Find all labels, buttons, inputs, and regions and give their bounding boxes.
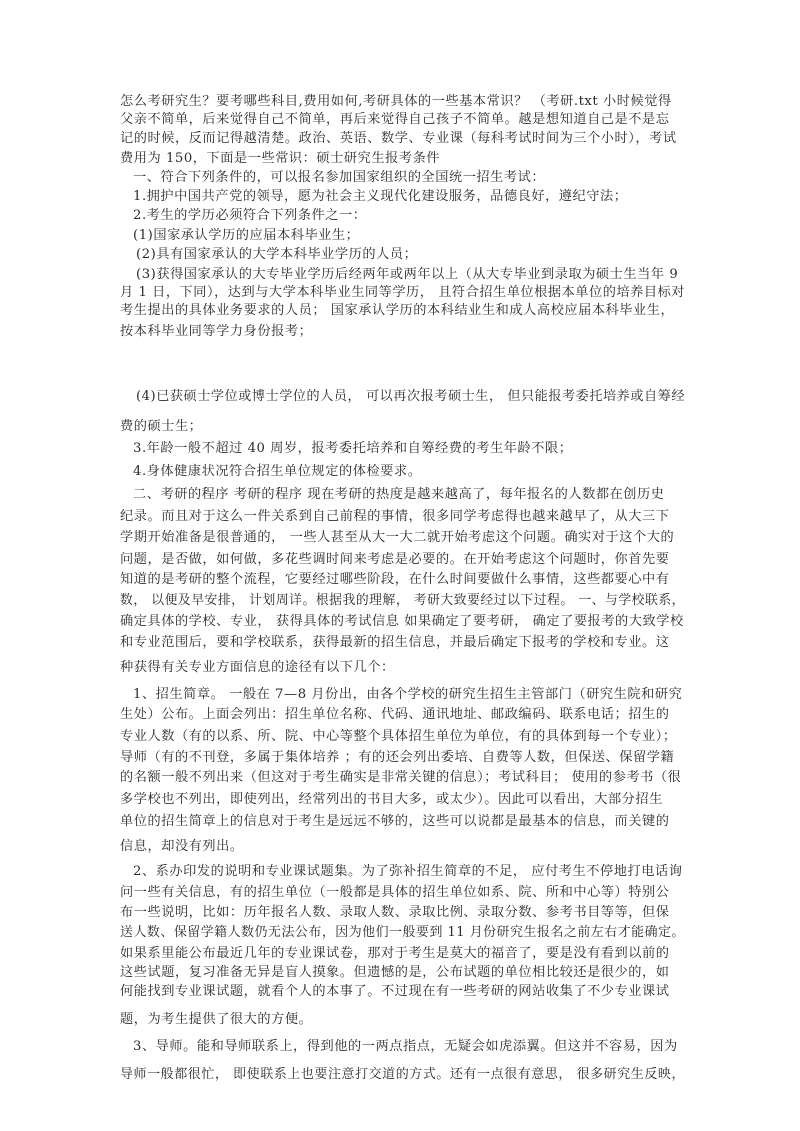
text-line: 父亲不简单，后来觉得自己不简单，再后来觉得自己孩子不简单。越是想知道自己是不是忘 <box>120 112 685 128</box>
text-line: 生处）公布。上面会列出：招生单位名称、代码、通讯地址、邮政编码、联系电话；招生的 <box>120 707 685 723</box>
text-line: 和专业范围后，要和学校联系，获得最新的招生信息，并最后确定下报考的学校和专业。这 <box>120 635 685 651</box>
text-line: 导师（有的不刊登，多属于集体培养 ；有的还会列出委培、自费等人数，但保送、保留学… <box>120 750 685 766</box>
text-line: 知道的是考研的整个流程，它要经过哪些阶段，在什么时间要做什么事情，这些都要心中有 <box>120 572 685 588</box>
text-line: 导师一般都很忙， 即使联系上也要注意打交道的方式。还有一点很有意思， 很多研究生… <box>120 1067 685 1083</box>
text-line: 数， 以便及早安排， 计划周详。根据我的理解， 考研大致要经过以下过程。 一、与… <box>120 593 685 609</box>
text-line: 问题，是否做，如何做，多花些调时间来考虑是必要的。在开始考虑这个问题时，你首先要 <box>120 552 685 568</box>
document-page: 怎么考研究生？要考哪些科目,费用如何,考研具体的一些基本常识？ （考研.txt … <box>0 0 800 1131</box>
text-line: 3、导师。能和导师联系上，得到他的一两点指点，无疑会如虎添翼。但这并不容易，因为 <box>133 1039 685 1055</box>
text-line: 一、符合下列条件的，可以报名参加国家组织的全国统一招生考试： <box>133 170 685 186</box>
text-line: 2、系办印发的说明和专业课试题集。为了弥补招生简章的不足， 应付考生不停地打电话… <box>133 864 685 880</box>
text-line: (1)国家承认学历的应届本科毕业生； <box>133 228 685 244</box>
text-line: (2)具有国家承认的大学本科毕业学历的人员； <box>136 247 685 263</box>
text-line: 2.考生的学历必须符合下列条件之一： <box>133 208 685 224</box>
text-line: 如果系里能公布最近几年的专业课试卷，那对于考生是莫大的福音了，要是没有看到以前的 <box>120 946 685 962</box>
text-line: 送人数、保留学籍人数仍无法公布，因为他们一般要到 11 月份研究生报名之前左右才… <box>120 925 685 941</box>
text-line: 1.拥护中国共产党的领导，愿为社会主义现代化建设服务，品德良好，遵纪守法； <box>133 189 685 205</box>
text-line: 费的硕士生； <box>120 419 685 435</box>
text-line: 题，为考生提供了很大的方便。 <box>120 1012 685 1028</box>
text-line: 这些试题，复习准备无异是盲人摸象。但遗憾的是，公布试题的单位相比较还是很少的，如 <box>120 965 685 981</box>
text-line: 确定具体的学校、专业， 获得具体的考试信息 如果确定了要考研， 确定了要报考的大… <box>120 614 685 630</box>
text-line: 月 1 日，下同），达到与大学本科毕业生同等学历， 且符合招生单位根据本单位的培… <box>120 285 685 301</box>
text-line: (3)获得国家承认的大专毕业学历后经两年或两年以上（从大专毕业到录取为硕士生当年… <box>136 267 685 283</box>
text-line: 怎么考研究生？要考哪些科目,费用如何,考研具体的一些基本常识？ （考研.txt … <box>120 94 685 110</box>
text-line: 信息，却没有列出。 <box>120 839 685 855</box>
text-line: 纪录。而且对于这么一件关系到自己前程的事情，很多同学考虑得也越来越早了，从大三下 <box>120 509 685 525</box>
text-line: (4)已获硕士学位或博士学位的人员， 可以再次报考硕士生， 但只能报考委托培养或… <box>136 389 685 405</box>
text-line: 多学校也不列出，即使列出，经常列出的书目大多，或太少）。因此可以看出，大部分招生 <box>120 792 685 808</box>
text-line: 种获得有关专业方面信息的途径有以下几个： <box>120 660 685 676</box>
text-line: 按本科毕业同等学力身份报考； <box>120 324 685 340</box>
text-line: 何能找到专业课试题，就看个人的本事了。不过现在有一些考研的网站收集了不少专业课试 <box>120 984 685 1000</box>
text-line: 学期开始准备是很普通的， 一些人甚至从大一大二就开始考虑这个问题。确实对于这个大… <box>120 530 685 546</box>
text-line: 考生提出的具体业务要求的人员； 国家承认学历的本科结业生和成人高校应届本科毕业生… <box>120 303 685 319</box>
text-line: 单位的招生简章上的信息对于考生是远远不够的，这些可以说都是最基本的信息，而关键的 <box>120 814 685 830</box>
text-line: 布一些说明，比如：历年报名人数、录取人数、录取比例、录取分数、参考书目等等，但保 <box>120 905 685 921</box>
text-line: 3.年龄一般不超过 40 周岁，报考委托培养和自筹经费的考生年龄不限； <box>133 441 685 457</box>
text-line: 的名额一般不列出来（但这对于考生确实是非常关键的信息）；考试科目； 使用的参考书… <box>120 770 685 786</box>
text-line: 记的时候，反而记得越清楚。政治、英语、数学、专业课（每科考试时间为三个小时），考… <box>120 131 685 147</box>
text-line: 1、招生简章。 一般在 7—8 月份出，由各个学校的研究生招生主管部门（研究生院… <box>133 687 685 703</box>
text-line: 4.身体健康状况符合招生单位规定的体检要求。 <box>133 464 685 480</box>
text-line: 专业人数（有的以系、所、院、中心等整个具体招生单位为单位，有的具体到每一个专业）… <box>120 729 685 745</box>
text-line: 问一些有关信息，有的招生单位（一般都是具体的招生单位如系、院、所和中心等）特别公 <box>120 885 685 901</box>
text-line: 二、考研的程序 考研的程序 现在考研的热度是越来越高了，每年报名的人数都在创历史 <box>133 487 685 503</box>
text-line: 费用为 150，下面是一些常识：硕士研究生报考条件 <box>120 151 685 167</box>
